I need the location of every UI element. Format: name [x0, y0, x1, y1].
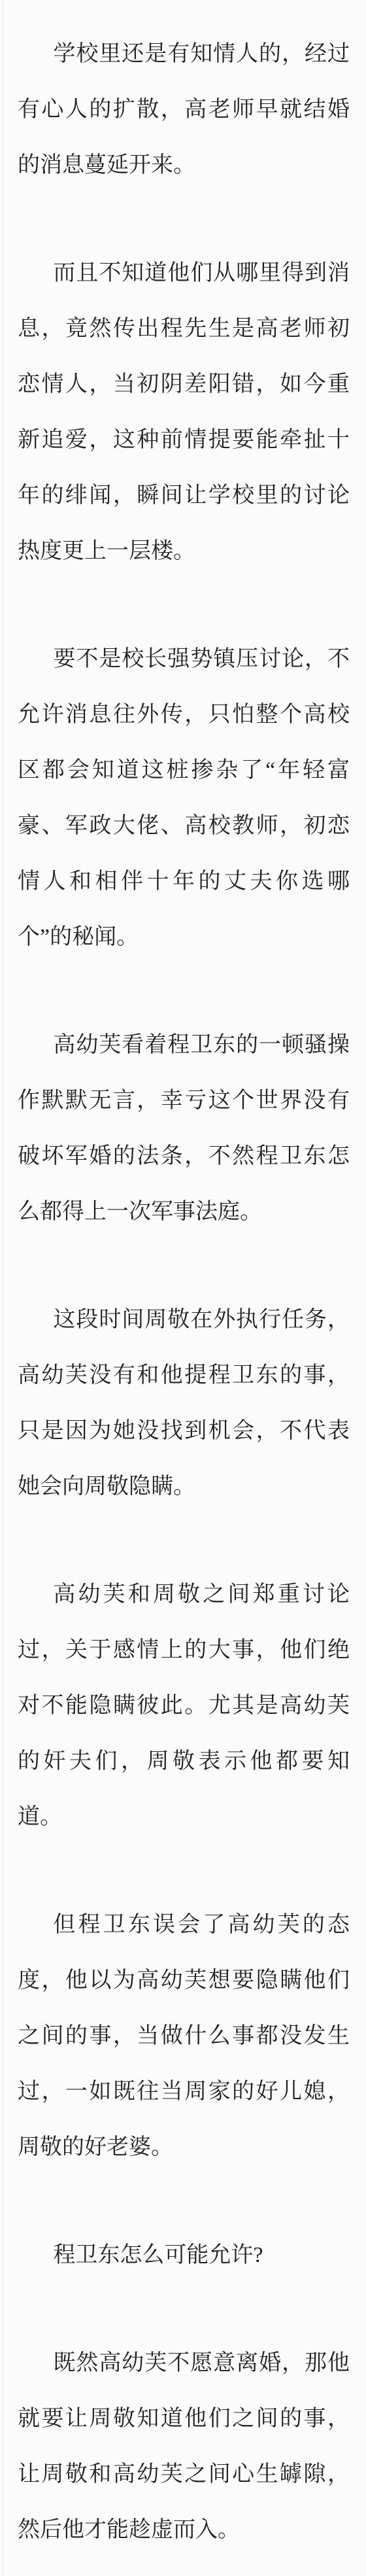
paragraph: 这段时间周敬在外执行任务，高幼芙没有和他提程卫东的事，只是因为她没找到机会，不代… — [18, 1292, 350, 1514]
paragraph: 要不是校长强势镇压讨论，不允许消息往外传，只怕整个高校区都会知道这桩掺杂了“年轻… — [18, 631, 350, 965]
paragraph: 程卫东怎么可能允许? — [18, 2227, 350, 2283]
paragraph: 但程卫东误会了高幼芙的态度，他以为高幼芙想要隐瞒他们之间的事，当做什么事都没发生… — [18, 1897, 350, 2175]
paragraph: 既然高幼芙不愿意离婚，那他就要让周敬知道他们之间的事，让周敬和高幼芙之间心生罅隙… — [18, 2335, 350, 2558]
paragraph: 学校里还是有知情人的，经过有心人的扩散，高老师早就结婚的消息蔓延开来。 — [18, 26, 350, 193]
paragraph: 高幼芙和周敬之间郑重讨论过，关于感情上的大事，他们绝对不能隐瞒彼此。尤其是高幼芙… — [18, 1567, 350, 1845]
page-edge-line — [3, 0, 3, 2576]
paragraph: 高幼芙看着程卫东的一顿骚操作默默无言，幸亏这个世界没有破坏军婚的法条，不然程卫东… — [18, 1017, 350, 1240]
reader-page: 学校里还是有知情人的，经过有心人的扩散，高老师早就结婚的消息蔓延开来。 而且不知… — [0, 0, 366, 2576]
paragraph: 而且不知道他们从哪里得到消息，竟然传出程先生是高老师初恋情人，当初阴差阳错，如今… — [18, 245, 350, 579]
